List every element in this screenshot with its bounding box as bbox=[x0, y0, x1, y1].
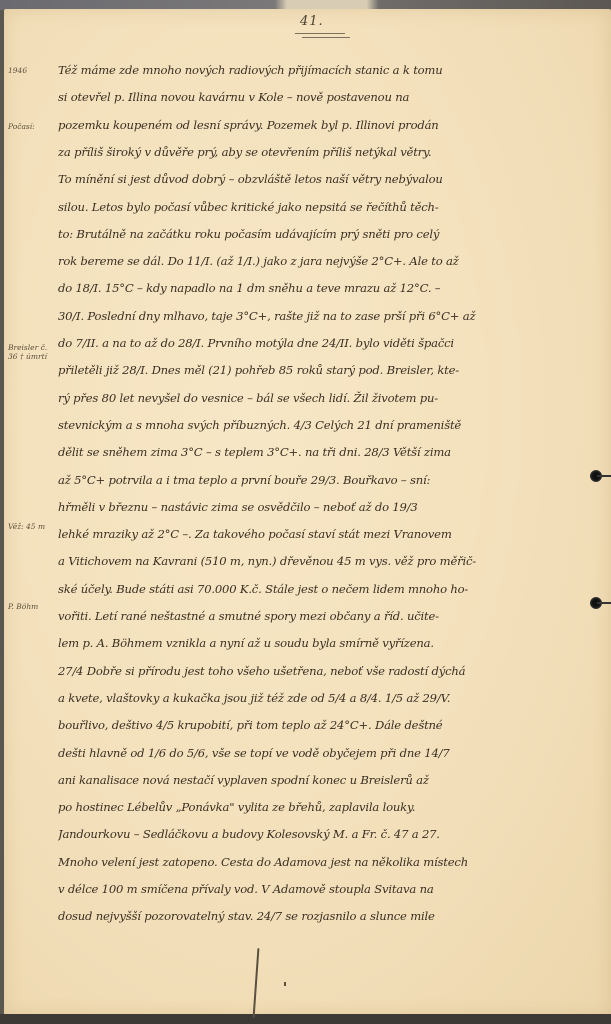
text-line: ské účely. Bude státi asi 70.000 K.č. St… bbox=[58, 582, 588, 596]
page-number-underline bbox=[295, 33, 345, 34]
margin-note-bohm: P. Böhm bbox=[8, 602, 52, 611]
text-line: Jandourkovu – Sedláčkovu a budovy Koleso… bbox=[58, 827, 588, 841]
margin-note-tower: Věž: 45 m bbox=[8, 522, 52, 531]
text-line: 30/I. Poslední dny mlhavo, taje 3°C+, ra… bbox=[58, 309, 588, 323]
binding-thread bbox=[597, 475, 611, 477]
margin-note-weather: Počasí: bbox=[8, 122, 52, 131]
text-line: do 18/I. 15°C – kdy napadlo na 1 dm sněh… bbox=[58, 281, 588, 295]
margin-note-year: 1946 bbox=[8, 66, 52, 75]
text-line: do 7/II. a na to až do 28/I. Prvního mot… bbox=[58, 336, 588, 350]
binding-thread bbox=[597, 602, 611, 604]
text-line: dělit se sněhem zima 3°C – s teplem 3°C+… bbox=[58, 445, 588, 459]
text-line: po hostinec Lébelův „Ponávka" vylita ze … bbox=[58, 800, 588, 814]
text-line: Mnoho velení jest zatopeno. Cesta do Ada… bbox=[58, 855, 588, 869]
text-line: silou. Letos bylo počasí vůbec kritické … bbox=[58, 200, 588, 214]
text-line: si otevřel p. Illina novou kavárnu v Kol… bbox=[58, 90, 588, 104]
margin-note-death: Breisler č. 36 † úmrtí bbox=[8, 343, 52, 361]
text-line: až 5°C+ potrvila a i tma teplo a první b… bbox=[58, 473, 588, 487]
text-line: to: Brutálně na začátku roku počasím udá… bbox=[58, 227, 588, 241]
scanner-edge-bottom bbox=[0, 1014, 611, 1024]
text-line: stevnickým a s mnoha svých příbuzných. 4… bbox=[58, 418, 588, 432]
text-line: za příliš široký v důvěře prý, aby se ot… bbox=[58, 145, 588, 159]
text-line: rý přes 80 let nevyšel do vesnice – bál … bbox=[58, 391, 588, 405]
text-line: 27/4 Dobře si přírodu jest toho všeho uš… bbox=[58, 664, 588, 678]
page-number: 41. bbox=[300, 14, 324, 29]
text-line: a Vitichovem na Kavrani (510 m, nyn.) dř… bbox=[58, 554, 588, 568]
text-line: Též máme zde mnoho nových radiových přij… bbox=[58, 63, 588, 77]
page-number-underline bbox=[302, 37, 350, 38]
text-line: lehké mraziky až 2°C –. Za takového poča… bbox=[58, 527, 588, 541]
text-line: dešti hlavně od 1/6 do 5/6, vše se topí … bbox=[58, 746, 588, 760]
text-line: rok bereme se dál. Do 11/I. (až 1/I.) ja… bbox=[58, 254, 588, 268]
text-line: To mínění si jest důvod dobrý – obzvlášt… bbox=[58, 172, 588, 186]
text-line: dosud nejvyšší pozorovatelný stav. 24/7 … bbox=[58, 909, 588, 923]
text-line: vořiti. Letí rané neštastné a smutné spo… bbox=[58, 609, 588, 623]
text-line: přiletěli již 28/I. Dnes měl (21) pohřeb… bbox=[58, 363, 588, 377]
text-line: hřměli v březnu – nastávic zima se osvěd… bbox=[58, 500, 588, 514]
text-line: a kvete, vlaštovky a kukačka jsou již té… bbox=[58, 691, 588, 705]
text-line: pozemku koupeném od lesní správy. Pozeme… bbox=[58, 118, 588, 132]
text-line: lem p. A. Böhmem vznikla a nyní až u sou… bbox=[58, 636, 588, 650]
text-line: v délce 100 m smíčena přívaly vod. V Ada… bbox=[58, 882, 588, 896]
text-line: bouřlivo, deštivo 4/5 krupobití, při tom… bbox=[58, 718, 588, 732]
text-line: ani kanalisace nová nestačí vyplaven spo… bbox=[58, 773, 588, 787]
pen-dot-mark bbox=[284, 982, 286, 986]
